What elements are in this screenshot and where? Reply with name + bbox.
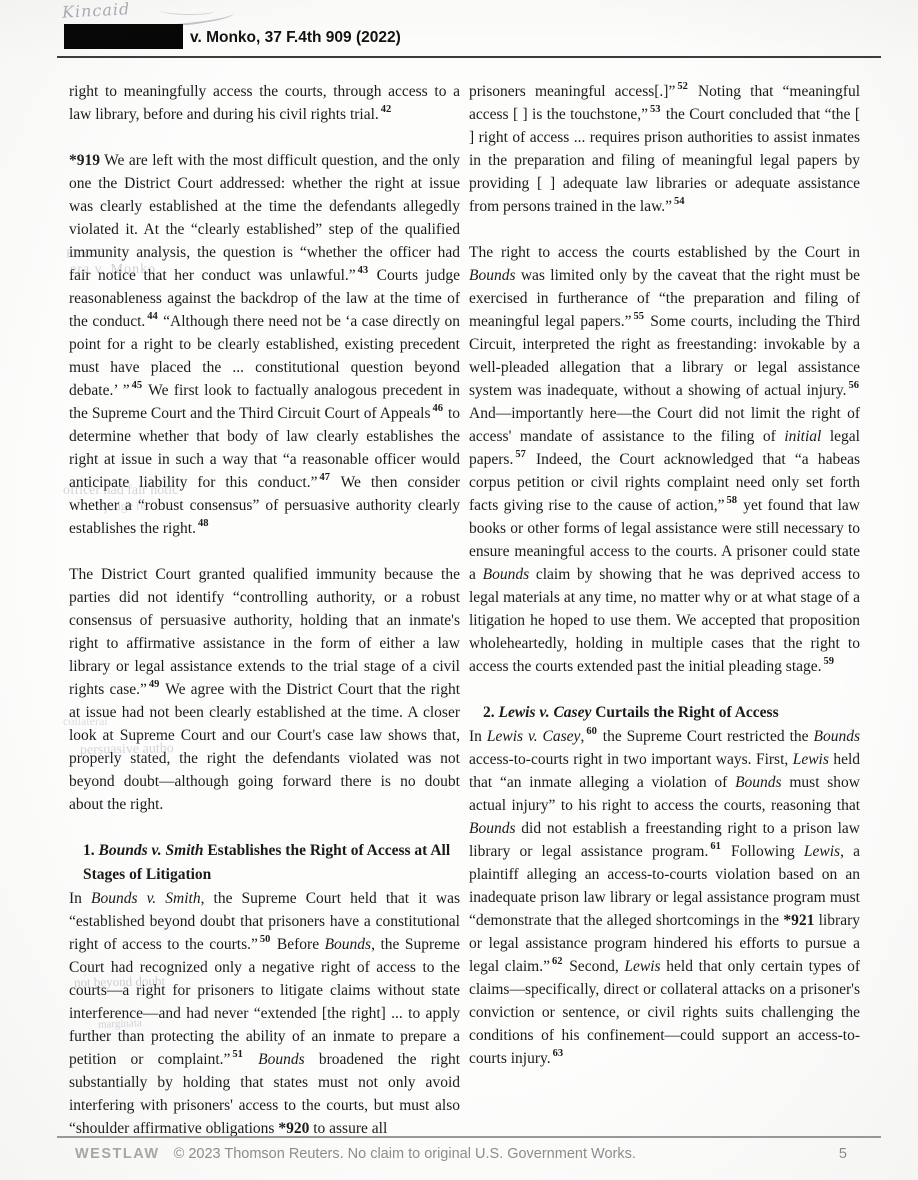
body-paragraph: The District Court granted qualified imm… (69, 563, 460, 816)
section-heading: 2. Lewis v. Casey Curtails the Right of … (469, 701, 860, 725)
footer: WESTLAW © 2023 Thomson Reuters. No claim… (75, 1146, 865, 1162)
scanned-document-page: Kincaid v. Monko, 37 F.4th 909 (2022) ri… (0, 0, 918, 1180)
case-citation: v. Monko, 37 F.4th 909 (2022) (190, 29, 401, 47)
body-paragraph: *919 We are left with the most difficult… (69, 149, 460, 540)
header-divider (57, 56, 881, 58)
left-column: right to meaningfully access the courts,… (69, 80, 460, 1163)
right-column: prisoners meaningful access[.]”52 Noting… (469, 80, 860, 1093)
redaction-box (64, 24, 183, 49)
page-number: 5 (839, 1146, 865, 1162)
section-heading: 1. Bounds v. Smith Establishes the Right… (69, 839, 460, 887)
footer-divider (57, 1136, 881, 1138)
body-paragraph: In Lewis v. Casey,60 the Supreme Court r… (469, 725, 860, 1070)
body-paragraph: The right to access the courts establish… (469, 241, 860, 678)
handwriting-annotation: Kincaid (62, 0, 131, 22)
body-paragraph: right to meaningfully access the courts,… (69, 80, 460, 126)
westlaw-logo: WESTLAW (75, 1146, 160, 1162)
body-paragraph: In Bounds v. Smith, the Supreme Court he… (69, 887, 460, 1140)
body-paragraph: prisoners meaningful access[.]”52 Noting… (469, 80, 860, 218)
copyright-text: © 2023 Thomson Reuters. No claim to orig… (174, 1146, 636, 1162)
